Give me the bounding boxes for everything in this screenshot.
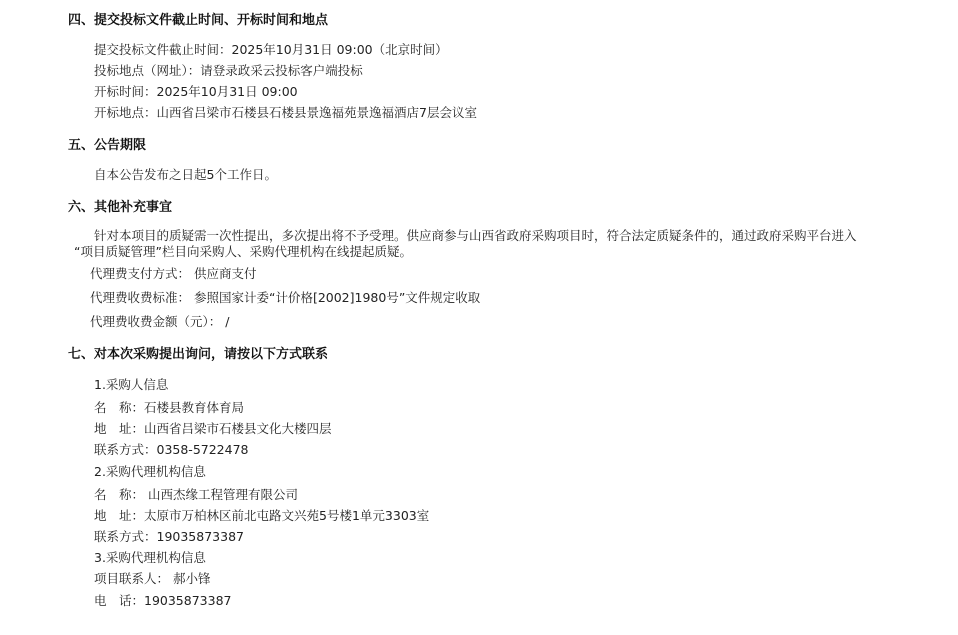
section-heading: 六、其他补充事宜 xyxy=(68,196,172,215)
opening-location: 开标地点：山西省吕梁市石楼县石楼县景逸福苑景逸福酒店7层会议室 xyxy=(94,103,477,121)
project-contact-phone: 电 话：19035873387 xyxy=(94,591,231,609)
agency-phone: 联系方式：19035873387 xyxy=(94,527,244,545)
agency-fee-standard: 代理费收费标准： 参照国家计委“计价格[2002]1980号”文件规定收取 xyxy=(90,288,480,306)
announcement-period: 自本公告发布之日起5个工作日。 xyxy=(94,165,277,183)
purchaser-name: 名 称：石楼县教育体育局 xyxy=(94,398,244,416)
opening-time: 开标时间：2025年10月31日 09:00 xyxy=(94,82,298,100)
agency-name: 名 称： 山西杰缘工程管理有限公司 xyxy=(94,485,298,503)
agency-info-title: 2.采购代理机构信息 xyxy=(94,462,206,480)
project-contact-title: 3.采购代理机构信息 xyxy=(94,548,206,566)
section-heading: 四、提交投标文件截止时间、开标时间和地点 xyxy=(68,9,328,28)
project-contact-person: 项目联系人： 郝小锋 xyxy=(94,569,210,587)
complaint-paragraph-line2: “项目质疑管理”栏目向采购人、采购代理机构在线提起质疑。 xyxy=(74,242,412,260)
agency-fee-amount: 代理费收费金额（元）： / xyxy=(90,312,229,330)
bid-deadline: 提交投标文件截止时间：2025年10月31日 09:00（北京时间） xyxy=(94,40,448,58)
purchaser-phone: 联系方式：0358-5722478 xyxy=(94,440,249,458)
agency-fee-payment: 代理费支付方式： 供应商支付 xyxy=(90,264,256,282)
section-heading: 七、对本次采购提出询问，请按以下方式联系 xyxy=(68,343,328,362)
section-heading: 五、公告期限 xyxy=(68,134,146,153)
agency-address: 地 址：太原市万柏林区前北屯路文兴苑5号楼1单元3303室 xyxy=(94,506,429,524)
bid-location: 投标地点（网址）：请登录政采云投标客户端投标 xyxy=(94,61,363,79)
purchaser-address: 地 址：山西省吕梁市石楼县文化大楼四层 xyxy=(94,419,332,437)
purchaser-info-title: 1.采购人信息 xyxy=(94,375,168,393)
